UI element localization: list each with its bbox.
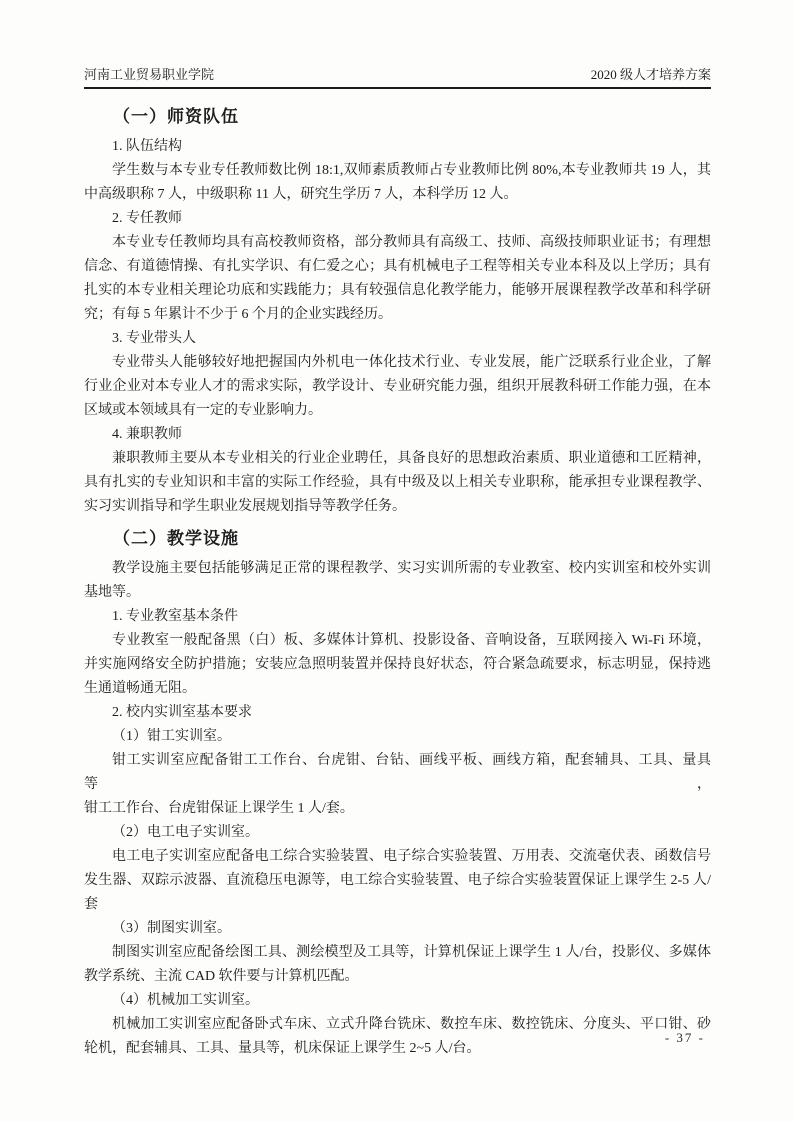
list-item: 2. 专任教师 [84, 207, 711, 231]
body-line: 专业带头人能够较好地把握国内外机电一体化技术行业、专业发展，能广泛联系行业企业，… [84, 351, 711, 375]
body-line: 钳工实训室应配备钳工工作台、台虎钳、台钻、画线平板、画线方箱，配套辅具、工具、量… [84, 749, 711, 797]
list-item: （1）钳工实训室。 [84, 725, 711, 749]
body-line: 扎实的本专业相关理论功底和实践能力；具有较强信息化教学能力，能够开展课程教学改革… [84, 279, 711, 303]
body-line: 专业教室一般配备黑（白）板、多媒体计算机、投影设备、音响设备，互联网接入 Wi-… [84, 629, 711, 653]
list-item: 1. 专业教室基本条件 [84, 605, 711, 629]
body-line: 套 [84, 893, 711, 917]
list-item: 1. 队伍结构 [84, 135, 711, 159]
body-line: 教学系统、主流 CAD 软件要与计算机匹配。 [84, 965, 711, 989]
page-header: 河南工业贸易职业学院 2020 级人才培养方案 [84, 66, 711, 89]
list-item: 3. 专业带头人 [84, 327, 711, 351]
body-line: 钳工工作台、台虎钳保证上课学生 1 人/套。 [84, 797, 711, 821]
body-line: 实习实训指导和学生职业发展规划指导等教学任务。 [84, 495, 711, 519]
body-line: 生通道畅通无阻。 [84, 677, 711, 701]
body-line: 学生数与本专业专任教师数比例 18:1,双师素质教师占专业教师比例 80%,本专… [84, 159, 711, 183]
body-line: 发生器、双踪示波器、直流稳压电源等，电工综合实验装置、电子综合实验装置保证上课学… [84, 869, 711, 893]
body-line: 信念、有道德情操、有扎实学识、有仁爱之心；具有机械电子工程等相关专业本科及以上学… [84, 255, 711, 279]
section-heading-faculty: （一）师资队伍 [84, 105, 711, 129]
body-line: 电工电子实训室应配备电工综合实验装置、电子综合实验装置、万用表、交流毫伏表、函数… [84, 845, 711, 869]
list-item: （4）机械加工实训室。 [84, 989, 711, 1013]
body-line: 具有扎实的专业知识和丰富的实际工作经验，具有中级及以上相关专业职称，能承担专业课… [84, 471, 711, 495]
body-line: 制图实训室应配备绘图工具、测绘模型及工具等，计算机保证上课学生 1 人/台，投影… [84, 941, 711, 965]
list-item: 4. 兼职教师 [84, 423, 711, 447]
body-line: 究；有每 5 年累计不少于 6 个月的企业实践经历。 [84, 303, 711, 327]
section-heading-facilities: （二）教学设施 [84, 527, 711, 551]
body-line: 轮机，配套辅具、工具、量具等，机床保证上课学生 2~5 人/台。 [84, 1037, 711, 1061]
body-line: 机械加工实训室应配备卧式车床、立式升降台铣床、数控车床、数控铣床、分度头、平口钳… [84, 1013, 711, 1037]
list-item: （2）电工电子实训室。 [84, 821, 711, 845]
document-page: 河南工业贸易职业学院 2020 级人才培养方案 （一）师资队伍 1. 队伍结构 … [0, 0, 793, 1122]
page-number: - 37 - [665, 1030, 705, 1046]
list-item: 2. 校内实训室基本要求 [84, 701, 711, 725]
body-line: 并实施网络安全防护措施；安装应急照明装置并保持良好状态，符合紧急疏要求，标志明显… [84, 653, 711, 677]
body-line: 本专业专任教师均具有高校教师资格，部分教师具有高级工、技师、高级技师职业证书；有… [84, 231, 711, 255]
header-document-title: 2020 级人才培养方案 [591, 66, 711, 83]
body-line: 兼职教师主要从本专业相关的行业企业聘任，具备良好的思想政治素质、职业道德和工匠精… [84, 447, 711, 471]
body-line: 行业企业对本专业人才的需求实际，教学设计、专业研究能力强，组织开展教科研工作能力… [84, 375, 711, 399]
body-line: 基地等。 [84, 581, 711, 605]
list-item: （3）制图实训室。 [84, 917, 711, 941]
page-content: 河南工业贸易职业学院 2020 级人才培养方案 （一）师资队伍 1. 队伍结构 … [84, 0, 711, 1061]
body-line: 区域或本领域具有一定的专业影响力。 [84, 399, 711, 423]
body-line: 中高级职称 7 人，中级职称 11 人，研究生学历 7 人，本科学历 12 人。 [84, 183, 711, 207]
header-school-name: 河南工业贸易职业学院 [84, 66, 214, 83]
body-line: 教学设施主要包括能够满足正常的课程教学、实习实训所需的专业教室、校内实训室和校外… [84, 557, 711, 581]
